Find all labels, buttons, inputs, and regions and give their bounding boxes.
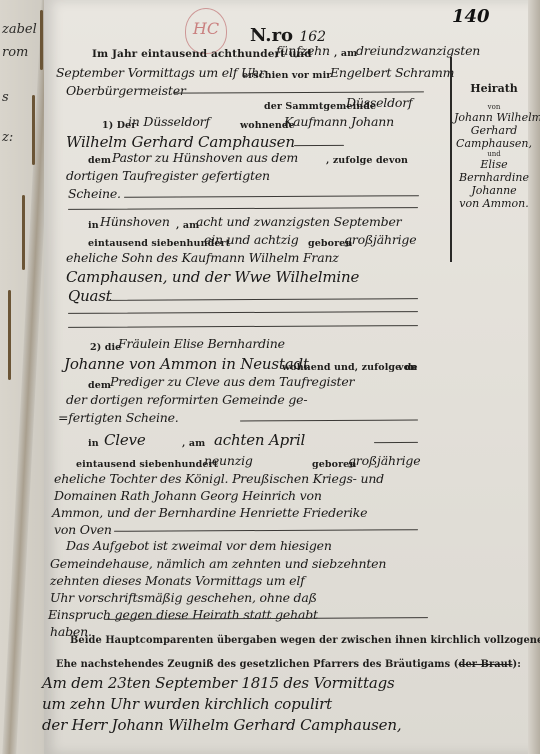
- printed-ehe-end: ):: [513, 659, 521, 670]
- fill-line: [240, 420, 418, 422]
- handwritten-bride-status: großjährige: [348, 453, 420, 468]
- fill-line: [294, 145, 344, 146]
- binding-stitch: [8, 290, 11, 380]
- handwritten-groom-schein: Scheine.: [68, 186, 121, 201]
- handwritten-bride-parents: von Oven: [54, 522, 112, 537]
- handwritten-bride-birthyear: neunzig: [204, 453, 253, 468]
- handwritten-bride-register: der dortigen reformirten Gemeinde ge-: [66, 392, 307, 407]
- printed-am3: , am: [182, 438, 205, 449]
- handwritten-banns: Gemeindehause, nämlich am zehnten und si…: [50, 556, 386, 571]
- handwritten-bride-name: Johanne von Ammon in Neustadt: [64, 355, 309, 373]
- struck-der-braut: der Braut: [459, 659, 513, 670]
- handwritten-groom-birthplace: Hünshoven: [100, 214, 170, 229]
- handwritten-certificate: Am dem 23ten September 1815 des Vormitta…: [42, 674, 394, 692]
- summary-bride-line: Bernhardine: [454, 171, 534, 184]
- left-page-line: zabel: [2, 22, 37, 37]
- handwritten-certificate: um zehn Uhr wurden kirchlich copulirt: [42, 695, 332, 713]
- summary-bride-line: Elise: [454, 158, 534, 171]
- printed-von: von: [389, 155, 408, 166]
- handwritten-banns: Uhr vorschriftsmäßig geschehen, ohne daß: [50, 590, 317, 605]
- binding-stitch: [40, 10, 43, 70]
- handwritten-groom-birthdate: acht und zwanzigsten September: [196, 214, 401, 229]
- printed-ehe-text: Ehe nachstehendes Zeugniß des gesetzlich…: [56, 659, 459, 670]
- fill-line: [68, 311, 418, 314]
- left-page-line: s: [2, 90, 9, 105]
- printed-ehe: Ehe nachstehendes Zeugniß des gesetzlich…: [56, 659, 521, 670]
- handwritten-day: dreiundzwanzigsten: [356, 43, 480, 58]
- printed-in2: in: [88, 438, 99, 449]
- summary-groom-line: Camphausen,: [454, 137, 534, 150]
- handwritten-groom-register: dortigen Taufregister gefertigten: [66, 168, 270, 183]
- handwritten-bride-pastor: Prediger zu Cleve aus dem Taufregister: [110, 374, 354, 389]
- handwritten-groom-parents: Quast: [68, 287, 112, 305]
- fill-line: [106, 298, 418, 301]
- marriage-summary: Heirath von Johann Wilhelm Gerhard Camph…: [454, 82, 534, 210]
- left-page-line: z:: [2, 130, 13, 145]
- margin-divider: [450, 57, 452, 262]
- fill-line: [68, 207, 418, 210]
- handwritten-groom-birthyear: ein und achtzig: [204, 232, 299, 247]
- printed-von2: von: [398, 362, 417, 373]
- handwritten-groom-pastor: Pastor zu Hünshoven aus dem: [112, 150, 298, 165]
- handwritten-bride-name: Fräulein Elise Bernhardine: [118, 336, 285, 351]
- binding-stitch: [32, 95, 35, 165]
- handwritten-time: September Vormittags um elf Uhr: [56, 65, 265, 80]
- summary-von: von: [454, 103, 534, 111]
- handwritten-groom-status: großjährige: [344, 232, 416, 247]
- printed-eintausend2: eintausend siebenhundert: [76, 459, 218, 470]
- summary-groom-line: Johann Wilhelm: [454, 111, 534, 124]
- handwritten-banns: Einspruch gegen diese Heirath statt geha…: [48, 607, 318, 622]
- fill-line: [68, 325, 418, 328]
- fill-line: [374, 442, 418, 443]
- handwritten-bride-parents: Ammon, und der Bernhardine Henriette Fri…: [52, 505, 367, 520]
- handwritten-banns: zehnten dieses Monats Vormittags um elf: [50, 573, 305, 588]
- handwritten-official: Engelbert Schramm: [330, 65, 454, 80]
- fill-line: [114, 529, 418, 532]
- handwritten-bride-birthdate: achten April: [214, 431, 305, 449]
- fill-line: [174, 91, 424, 93]
- handwritten-certificate: der Herr Johann Wilhelm Gerhard Camphaus…: [42, 716, 401, 734]
- handwritten-groom-residence: in Düsseldorf: [128, 114, 210, 129]
- handwritten-bride-birthplace: Cleve: [104, 431, 146, 449]
- left-page-line: rom: [2, 45, 28, 60]
- summary-title: Heirath: [454, 82, 534, 95]
- handwritten-bride-parents: eheliche Tochter des Königl. Preußischen…: [54, 471, 384, 486]
- handwritten-groom-parents: eheliche Sohn des Kaufmann Wilhelm Franz: [66, 250, 339, 265]
- handwritten-year: fünfzehn: [276, 43, 330, 58]
- printed-zufolge: , zufolge de: [326, 155, 389, 166]
- printed-dem2: dem: [88, 380, 111, 391]
- printed-beide: Beide Hauptcomparenten übergaben wegen d…: [70, 635, 540, 646]
- handwritten-gemeinde: Düsseldorf: [346, 95, 412, 110]
- handwritten-bride-parents: Domainen Rath Johann Georg Heinrich von: [54, 488, 322, 503]
- handwritten-groom-name: Wilhelm Gerhard Camphausen: [66, 133, 295, 151]
- handwritten-title: Oberbürgermeister: [66, 83, 186, 98]
- summary-bride-line: Johanne: [454, 184, 534, 197]
- printed-dem: dem: [88, 155, 111, 166]
- summary-und: und: [454, 150, 534, 158]
- printed-am: , am: [334, 48, 357, 59]
- printed-erschien: erschien vor mir: [242, 70, 331, 81]
- summary-groom-line: Gerhard: [454, 124, 534, 137]
- register-page: HC N.ro 162 140 Heirath von Johann Wilhe…: [44, 0, 540, 754]
- handwritten-groom-occupation: Kaufmann Johann: [284, 114, 394, 129]
- fill-line: [124, 195, 419, 198]
- page-number: 140: [452, 6, 490, 27]
- summary-bride-line: von Ammon.: [454, 197, 534, 210]
- printed-2-die: 2) die: [90, 342, 121, 353]
- handwritten-bride-schein: =fertigten Scheine.: [58, 410, 179, 425]
- printed-in: in: [88, 220, 99, 231]
- binding-stitch: [22, 195, 25, 270]
- handwritten-banns: Das Aufgebot ist zweimal vor dem hiesige…: [66, 538, 332, 553]
- handwritten-groom-parents: Camphausen, und der Wwe Wilhelmine: [66, 268, 359, 286]
